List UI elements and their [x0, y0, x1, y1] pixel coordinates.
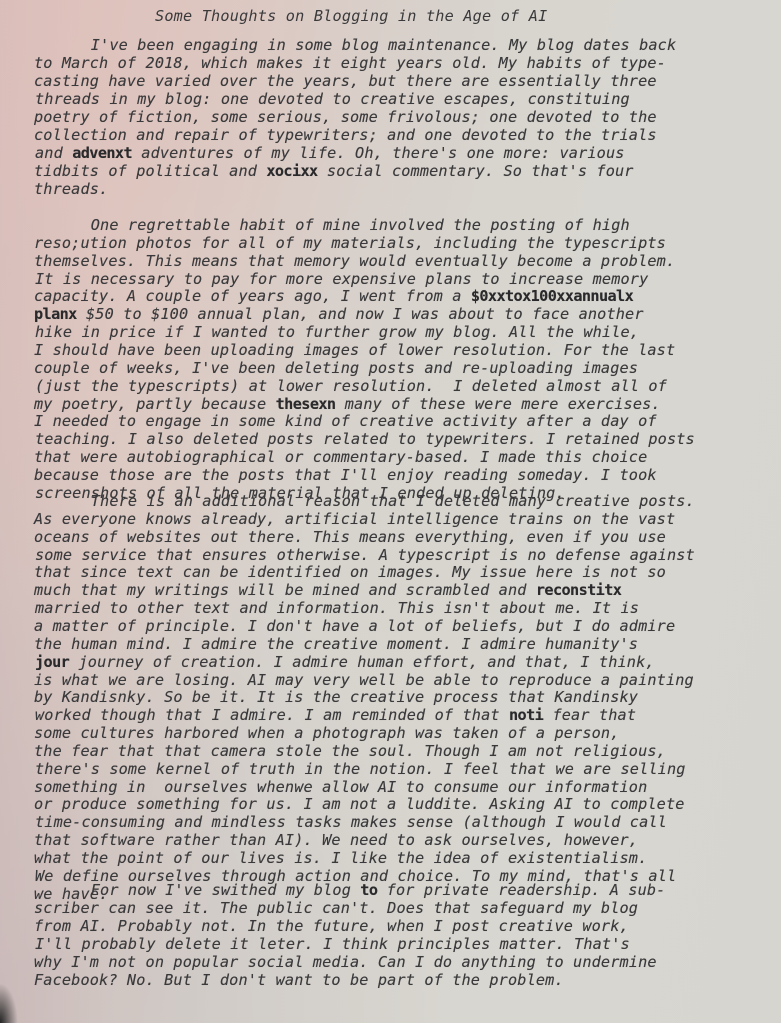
text-line: the human mind. I admire the creative mo…	[34, 636, 638, 654]
text-run: fear that	[543, 706, 636, 724]
text-run: what the point of our lives is. I like t…	[34, 849, 647, 867]
document-title: Some Thoughts on Blogging in the Age of …	[155, 7, 547, 25]
text-run: worked though that I admire. I am remind…	[35, 706, 509, 724]
text-line: that were autobiographical or commentary…	[34, 449, 647, 467]
text-line: As everyone knows already, artificial in…	[34, 511, 675, 529]
text-line: scriber can see it. The public can't. Do…	[34, 900, 638, 918]
text-line: tidbits of political and xocixx social c…	[34, 163, 634, 181]
struck-out-text: $0xxtox100xxannualx	[471, 287, 633, 305]
text-run: journey of creation. I admire human effo…	[69, 653, 655, 671]
text-run: because those are the posts that I'll en…	[34, 466, 657, 484]
text-run: the human mind. I admire the creative mo…	[34, 635, 638, 653]
text-run: tidbits of political and	[34, 162, 266, 180]
text-run: and	[35, 144, 72, 162]
text-line: by Kandisnky. So be it. It is the creati…	[34, 689, 638, 707]
text-run: that were autobiographical or commentary…	[34, 448, 647, 466]
text-run: It is necessary to pay for more expensiv…	[35, 270, 648, 288]
text-line: I needed to engage in some kind of creat…	[34, 413, 657, 431]
text-run: capacity. A couple of years ago, I went …	[34, 287, 471, 305]
text-line: I should have been uploading images of l…	[34, 342, 675, 360]
text-run: is what we are losing. AI may very well …	[34, 671, 694, 689]
text-run: social commentary. So that's four	[318, 162, 634, 180]
text-line: from AI. Probably not. In the future, wh…	[34, 918, 629, 936]
text-run: I'll probably delete it leter. I think p…	[35, 935, 630, 953]
text-run: themselves. This means that memory would…	[34, 252, 675, 270]
text-run: why I'm not on popular social media. Can…	[34, 953, 657, 971]
text-line: because those are the posts that I'll en…	[34, 467, 657, 485]
text-line: casting have varied over the years, but …	[34, 73, 657, 91]
text-line: capacity. A couple of years ago, I went …	[34, 288, 633, 306]
text-run: that software rather than AI). We need t…	[34, 831, 638, 849]
text-run: There is an additional reason that I del…	[35, 492, 695, 510]
text-line: teaching. I also deleted posts related t…	[35, 431, 695, 449]
text-run: that since text can be identified on ima…	[34, 563, 666, 581]
text-run: a matter of principle. I don't have a lo…	[34, 617, 675, 635]
text-run: much that my writings will be mined and …	[34, 581, 536, 599]
text-line: and advenxt adventures of my life. Oh, t…	[35, 145, 625, 163]
text-run: from AI. Probably not. In the future, wh…	[34, 917, 629, 935]
text-line: poetry of fiction, some serious, some fr…	[34, 109, 657, 127]
text-run: by Kandisnky. So be it. It is the creati…	[34, 688, 638, 706]
text-line: One regrettable habit of mine involved t…	[35, 217, 630, 235]
text-line: I'll probably delete it leter. I think p…	[35, 936, 630, 954]
text-run: (just the typescripts) at lower resoluti…	[35, 377, 667, 395]
text-line: much that my writings will be mined and …	[34, 582, 621, 600]
text-run: something in ourselves whenwe allow AI t…	[34, 778, 647, 796]
text-line: is what we are losing. AI may very well …	[34, 672, 694, 690]
text-line: threads in my blog: one devoted to creat…	[35, 91, 630, 109]
text-run: some service that ensures otherwise. A t…	[35, 546, 695, 564]
corner-shadow	[0, 983, 18, 1023]
text-line: planx $50 to $100 annual plan, and now I…	[34, 306, 644, 324]
text-run: reso;ution photos for all of my material…	[34, 234, 666, 252]
text-line: threads.	[34, 181, 108, 199]
text-line: Facebook? No. But I don't want to be par…	[34, 972, 564, 990]
text-run: to March of 2018, which makes it eight y…	[34, 54, 666, 72]
text-run: married to other text and information. T…	[35, 599, 639, 617]
text-line: a matter of principle. I don't have a lo…	[34, 618, 675, 636]
struck-out-text: thesexn	[276, 395, 336, 413]
text-run: there's some kernel of truth in the noti…	[35, 760, 686, 778]
text-line: collection and repair of typewriters; an…	[34, 127, 657, 145]
text-line: something in ourselves whenwe allow AI t…	[34, 779, 647, 797]
struck-out-text: planx	[34, 305, 77, 323]
text-run: many of these were mere exercises.	[335, 395, 660, 413]
typed-page: Some Thoughts on Blogging in the Age of …	[0, 0, 781, 1023]
text-line: couple of weeks, I've been deleting post…	[34, 360, 638, 378]
text-line: (just the typescripts) at lower resoluti…	[35, 378, 667, 396]
struck-out-text: to	[360, 881, 377, 899]
text-line: what the point of our lives is. I like t…	[34, 850, 647, 868]
text-line: or produce something for us. I am not a …	[34, 796, 685, 814]
text-line: reso;ution photos for all of my material…	[34, 235, 666, 253]
struck-out-text: noti	[509, 706, 543, 724]
text-run: poetry of fiction, some serious, some fr…	[34, 108, 657, 126]
text-line: married to other text and information. T…	[35, 600, 639, 618]
text-line: my poetry, partly because thesexn many o…	[34, 396, 661, 414]
text-line: themselves. This means that memory would…	[34, 253, 675, 271]
text-run: threads.	[34, 180, 108, 198]
struck-out-text: reconstitx	[536, 581, 621, 599]
text-run: the fear that that camera stole the soul…	[34, 742, 666, 760]
struck-out-text: xocixx	[266, 162, 317, 180]
text-run: for private readership. A sub-	[377, 881, 665, 899]
text-line: to March of 2018, which makes it eight y…	[34, 55, 666, 73]
text-run: some cultures harbored when a photograph…	[34, 724, 620, 742]
text-line: that since text can be identified on ima…	[34, 564, 666, 582]
text-run: One regrettable habit of mine involved t…	[35, 216, 630, 234]
text-run: time-consuming and mindless tasks makes …	[35, 813, 667, 831]
text-run: casting have varied over the years, but …	[34, 72, 657, 90]
text-run: hike in price if I wanted to further gro…	[35, 323, 639, 341]
text-run: collection and repair of typewriters; an…	[34, 126, 657, 144]
text-line: There is an additional reason that I del…	[35, 493, 695, 511]
text-run: For now I've swithed my blog	[35, 881, 360, 899]
text-run: threads in my blog: one devoted to creat…	[35, 90, 630, 108]
text-line: hike in price if I wanted to further gro…	[35, 324, 639, 342]
text-run: I needed to engage in some kind of creat…	[34, 412, 657, 430]
text-run: I've been engaging in some blog maintena…	[35, 36, 676, 54]
text-run: Facebook? No. But I don't want to be par…	[34, 971, 564, 989]
struck-out-text: advenxt	[72, 144, 132, 162]
text-line: oceans of websites out there. This means…	[34, 529, 666, 547]
text-line: there's some kernel of truth in the noti…	[35, 761, 686, 779]
text-run: oceans of websites out there. This means…	[34, 528, 666, 546]
text-line: time-consuming and mindless tasks makes …	[35, 814, 667, 832]
struck-out-text: jour	[35, 653, 69, 671]
text-run: adventures of my life. Oh, there's one m…	[132, 144, 625, 162]
text-run: my poetry, partly because	[34, 395, 276, 413]
text-run: or produce something for us. I am not a …	[34, 795, 685, 813]
text-line: the fear that that camera stole the soul…	[34, 743, 666, 761]
text-run: $50 to $100 annual plan, and now I was a…	[77, 305, 644, 323]
text-run: I should have been uploading images of l…	[34, 341, 675, 359]
text-line: For now I've swithed my blog to for priv…	[35, 882, 665, 900]
text-run: scriber can see it. The public can't. Do…	[34, 899, 638, 917]
text-run: couple of weeks, I've been deleting post…	[34, 359, 638, 377]
text-line: some cultures harbored when a photograph…	[34, 725, 620, 743]
text-run: As everyone knows already, artificial in…	[34, 510, 675, 528]
text-line: I've been engaging in some blog maintena…	[35, 37, 676, 55]
text-line: It is necessary to pay for more expensiv…	[35, 271, 648, 289]
text-line: that software rather than AI). We need t…	[34, 832, 638, 850]
text-line: jour journey of creation. I admire human…	[35, 654, 655, 672]
text-line: some service that ensures otherwise. A t…	[35, 547, 695, 565]
text-run: teaching. I also deleted posts related t…	[35, 430, 695, 448]
text-line: why I'm not on popular social media. Can…	[34, 954, 657, 972]
text-line: worked though that I admire. I am remind…	[35, 707, 636, 725]
